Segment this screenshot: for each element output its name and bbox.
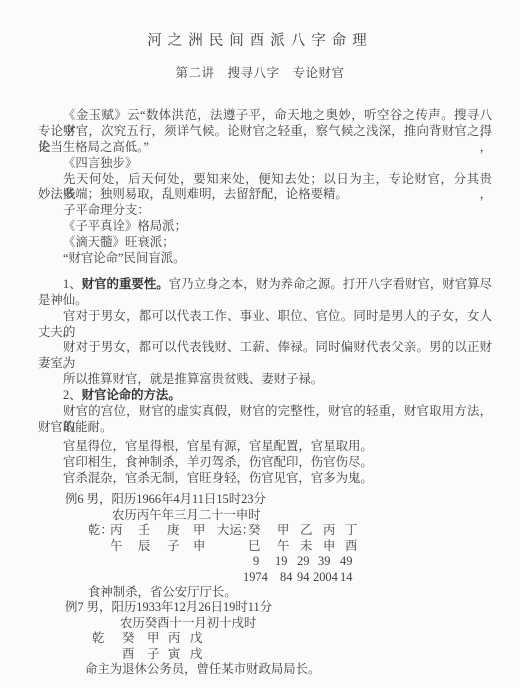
bazi-item: 2004 — [313, 571, 338, 584]
bazi-item: 巳 — [248, 540, 260, 553]
bazi-item: 84 — [280, 571, 292, 584]
bazi-item: 乾 — [92, 632, 104, 645]
bazi-item: 14 — [340, 571, 352, 584]
document-page: 河之洲民间酉派八字命理 第二讲 搜寻八字 专论财官 《金玉赋》云“数体洪范，法遵… — [0, 0, 520, 688]
bazi-item: 甲 — [147, 632, 159, 645]
bazi-item: 丙 — [323, 524, 335, 537]
bazi-item: 未 — [300, 540, 312, 553]
bazi-item: 94 — [297, 571, 309, 584]
text-line: 《子平真诠》格局派； — [38, 219, 492, 235]
text-line: 官星得位，官星得根，官星有源，官星配置，官星取用。 — [38, 439, 492, 455]
bazi-item: 辰 — [138, 540, 150, 553]
bazi-item: 农历丙午年三月二十一申时 — [112, 509, 261, 522]
bazi-item: 庚 — [167, 524, 179, 537]
text-run: 丈夫。 — [38, 325, 75, 339]
bazi-item: 19 — [275, 555, 287, 568]
bazi-item: 子 — [147, 648, 159, 661]
text-run: “财官论命”民间盲派。 — [63, 251, 186, 265]
bazi-item: 9 — [253, 555, 259, 568]
bazi-item: 农历癸酉十一月初十戌时 — [120, 617, 256, 630]
bazi-item: 丙 — [110, 524, 122, 537]
bazi-item: 食神制杀，省公安厅厅长。 — [88, 586, 237, 599]
text-run: 官印相生，食神制杀，羊刃驾杀，伤官配印，伤官伤尽。 — [63, 455, 373, 469]
bazi-item: 49 — [340, 555, 352, 568]
text-run: 妻室。 — [38, 356, 75, 370]
text-line: 财对于男女，都可以代表钱财、工薪、俸禄。同时偏财代表父亲。男的以正财为 — [38, 340, 492, 356]
page-title: 河之洲民间酉派八字命理 — [0, 0, 520, 50]
text-run: 妙法多端；独则易取，乱则难明，去留舒配，论格要精。 — [38, 187, 348, 201]
text-run: 官星得位，官星得根，官星有源，官星配置，官星取用。 — [63, 439, 373, 453]
section-heading: 财官论命的方法。 — [82, 388, 181, 402]
text-run: 论当生格局之高低。” — [38, 140, 149, 154]
bazi-item: 1974 — [243, 571, 268, 584]
bazi-item: 甲 — [193, 524, 205, 537]
bazi-item: 乙 — [300, 524, 312, 537]
bazi-item: 例6 男，阳历1966年4月11日15时23分 — [65, 493, 266, 506]
text-line: 官杀混杂，官杀无制，官旺身轻，伤官见官，官多为鬼。 — [38, 471, 492, 487]
text-run: 1、 — [63, 277, 82, 291]
bazi-item: 酉 — [122, 648, 134, 661]
text-run: 2、 — [63, 388, 82, 402]
text-run: 子平命理分支： — [63, 203, 150, 217]
text-run: 官乃立身之本，财为养命之源。打开八字看财官，财官算尽 — [169, 277, 492, 291]
text-line: 《滴天髓》旺衰派； — [38, 235, 492, 251]
example-7-chart: 例7 男，阳历1933年12月26日19时11分农历癸酉十一月初十戌时乾癸甲丙戊… — [38, 601, 492, 679]
document-body: 《金玉赋》云“数体洪范，法遵子平，命天地之奥妙，听空谷之传声。搜寻八字，专论财官… — [0, 81, 520, 679]
bazi-item: 申 — [193, 540, 205, 553]
page-subtitle: 第二讲 搜寻八字 专论财官 — [0, 63, 520, 81]
bazi-item: 酉 — [345, 540, 357, 553]
bazi-item: 丙 — [168, 632, 180, 645]
example-6-chart: 例6 男，阳历1966年4月11日15时23分农历丙午年三月二十一申时乾：丙壬庚… — [38, 493, 492, 601]
bazi-item: 戊 — [190, 632, 202, 645]
text-line: 官对于男女，都可以代表工作、事业、职位、官位。同时是男人的子女，女人的 — [38, 309, 492, 325]
bazi-item: 29 — [297, 555, 309, 568]
bazi-item: 壬 — [138, 524, 150, 537]
text-line: 所以推算财官，就是推算富贵贫贱、妻财子禄。 — [38, 372, 492, 388]
text-run: 所以推算财官，就是推算富贵贫贱、妻财子禄。 — [63, 372, 323, 386]
bazi-item: 午 — [110, 540, 122, 553]
bazi-item: 例7 男，阳历1933年12月26日19时11分 — [65, 601, 272, 614]
bazi-item: 39 — [318, 555, 330, 568]
text-line: 妻室。 — [38, 356, 492, 372]
text-line: 专论财官，次究五行，须详气候。论财官之轻重，察气候之浅深，推向背财官之得失， — [38, 124, 492, 140]
bazi-item: 子 — [167, 540, 179, 553]
bazi-item: 癸 — [248, 524, 260, 537]
text-run: 《四言独步》 — [63, 156, 137, 170]
bazi-item: 寅 — [168, 648, 180, 661]
text-line: 财官的能耐。 — [38, 420, 492, 436]
text-line: 官印相生，食神制杀，羊刃驾杀，伤官配印，伤官伤尽。 — [38, 455, 492, 471]
text-line: 子平命理分支： — [38, 203, 492, 219]
bazi-item: 丁 — [345, 524, 357, 537]
text-line: 2、财官论命的方法。 — [38, 388, 492, 404]
text-line: 财官的宫位，财官的虚实真假，财官的完整性，财官的轻重，财官取用方法，取 — [38, 404, 492, 420]
text-run: 是神仙。 — [38, 293, 88, 307]
text-run: 官杀混杂，官杀无制，官旺身轻，伤官见官，官多为鬼。 — [63, 471, 373, 485]
bazi-item: 申 — [323, 540, 335, 553]
text-run: 《滴天髓》旺衰派； — [63, 235, 175, 249]
text-line: 《四言独步》 — [38, 156, 492, 172]
text-line: 1、财官的重要性。官乃立身之本，财为养命之源。打开八字看财官，财官算尽 — [38, 277, 492, 293]
text-run: 《子平真诠》格局派； — [63, 219, 187, 233]
bazi-item: 戌 — [190, 648, 202, 661]
bazi-item: 甲 — [277, 524, 289, 537]
text-run: 财官的能耐。 — [38, 420, 112, 434]
section-heading: 财官的重要性。 — [82, 277, 169, 291]
bazi-item: 午 — [277, 540, 289, 553]
text-line: 丈夫。 — [38, 325, 492, 341]
body-paragraphs: 《金玉赋》云“数体洪范，法遵子平，命天地之奥妙，听空谷之传声。搜寻八字，专论财官… — [38, 108, 492, 486]
text-line: “财官论命”民间盲派。 — [38, 251, 492, 267]
bazi-item: 命主为退休公务员，曾任某市财政局局长。 — [85, 663, 320, 676]
text-line: 《金玉赋》云“数体洪范，法遵子平，命天地之奥妙，听空谷之传声。搜寻八字， — [38, 108, 492, 124]
text-line: 是神仙。 — [38, 293, 492, 309]
bazi-item: 癸 — [122, 632, 134, 645]
paragraph-spacer — [38, 267, 492, 277]
text-line: 先天何处，后天何处，要知来处，便知去处；以日为主，专论财官，分其贵贱， — [38, 172, 492, 188]
